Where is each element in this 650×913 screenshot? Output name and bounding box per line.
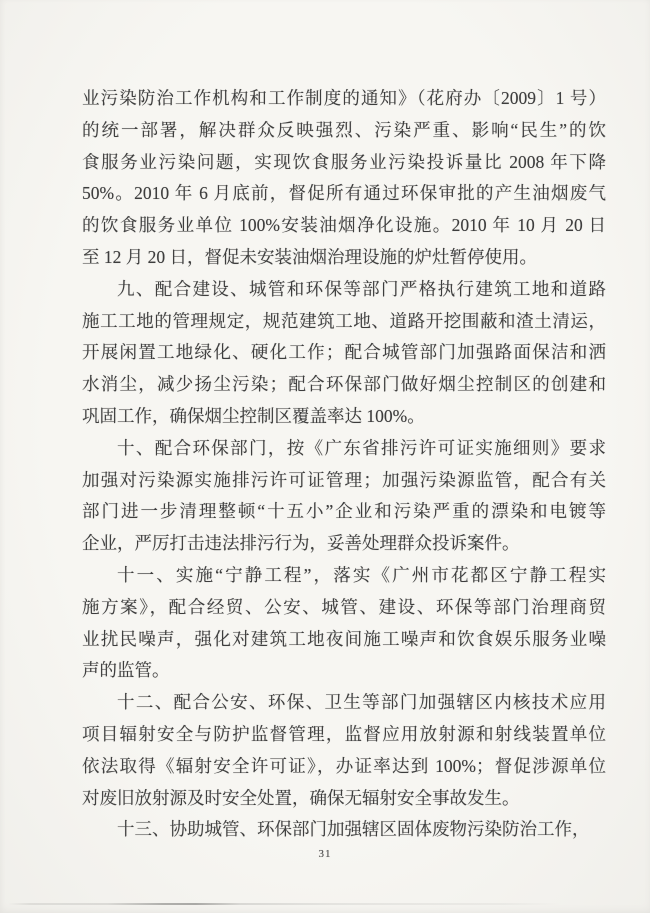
text-line: 水消尘，减少扬尘污染；配合环保部门做好烟尘控制区的创建和 bbox=[82, 369, 606, 401]
text-line: 十、配合环保部门，按《广东省排污许可证实施细则》要求 bbox=[82, 433, 606, 465]
text-line: 业污染防治工作机构和工作制度的通知》（花府办〔2009〕1 号） bbox=[82, 83, 606, 115]
text-line: 对废旧放射源及时安全处置，确保无辐射安全事故发生。 bbox=[82, 783, 606, 815]
text-line: 十一、实施“宁静工程”，落实《广州市花都区宁静工程实 bbox=[82, 560, 606, 592]
text-line: 巩固工作，确保烟尘控制区覆盖率达 100%。 bbox=[82, 401, 606, 433]
text-line: 企业，严厉打击违法排污行为，妥善处理群众投诉案件。 bbox=[82, 528, 606, 560]
text-line: 至 12 月 20 日，督促未安装油烟治理设施的炉灶暂停使用。 bbox=[82, 242, 606, 274]
document-body: 业污染防治工作机构和工作制度的通知》（花府办〔2009〕1 号）的统一部署，解决… bbox=[82, 83, 606, 846]
text-line: 九、配合建设、城管和环保等部门严格执行建筑工地和道路 bbox=[82, 274, 606, 306]
text-line: 项目辐射安全与防护监督管理，监督应用放射源和射线装置单位 bbox=[82, 719, 606, 751]
text-line: 50%。2010 年 6 月底前，督促所有通过环保审批的产生油烟废气 bbox=[82, 178, 606, 210]
text-line: 的饮食服务业单位 100%安装油烟净化设施。2010 年 10 月 20 日 bbox=[82, 210, 606, 242]
scanned-document-page: 业污染防治工作机构和工作制度的通知》（花府办〔2009〕1 号）的统一部署，解决… bbox=[0, 0, 650, 913]
text-line: 施工工地的管理规定，规范建筑工地、道路开挖围蔽和渣土清运， bbox=[82, 306, 606, 338]
text-line: 开展闲置工地绿化、硬化工作；配合城管部门加强路面保洁和洒 bbox=[82, 337, 606, 369]
text-line: 业扰民噪声，强化对建筑工地夜间施工噪声和饮食娱乐服务业噪 bbox=[82, 624, 606, 656]
text-line: 的统一部署，解决群众反映强烈、污染严重、影响“民生”的饮 bbox=[82, 115, 606, 147]
text-line: 十三、协助城管、环保部门加强辖区固体废物污染防治工作， bbox=[82, 814, 606, 846]
text-line: 食服务业污染问题，实现饮食服务业污染投诉量比 2008 年下降 bbox=[82, 147, 606, 179]
text-line: 依法取得《辐射安全许可证》，办证率达到 100%；督促涉源单位 bbox=[82, 751, 606, 783]
text-line: 施方案》，配合经贸、公安、城管、建设、环保等部门治理商贸 bbox=[82, 592, 606, 624]
text-line: 部门进一步清理整顿“十五小”企业和污染严重的漂染和电镀等 bbox=[82, 496, 606, 528]
text-line: 声的监管。 bbox=[82, 655, 606, 687]
text-line: 加强对污染源实施排污许可证管理；加强污染源监管，配合有关 bbox=[82, 465, 606, 497]
scan-artifact-line bbox=[8, 903, 560, 905]
page-number: 31 bbox=[0, 848, 650, 860]
text-line: 十二、配合公安、环保、卫生等部门加强辖区内核技术应用 bbox=[82, 687, 606, 719]
